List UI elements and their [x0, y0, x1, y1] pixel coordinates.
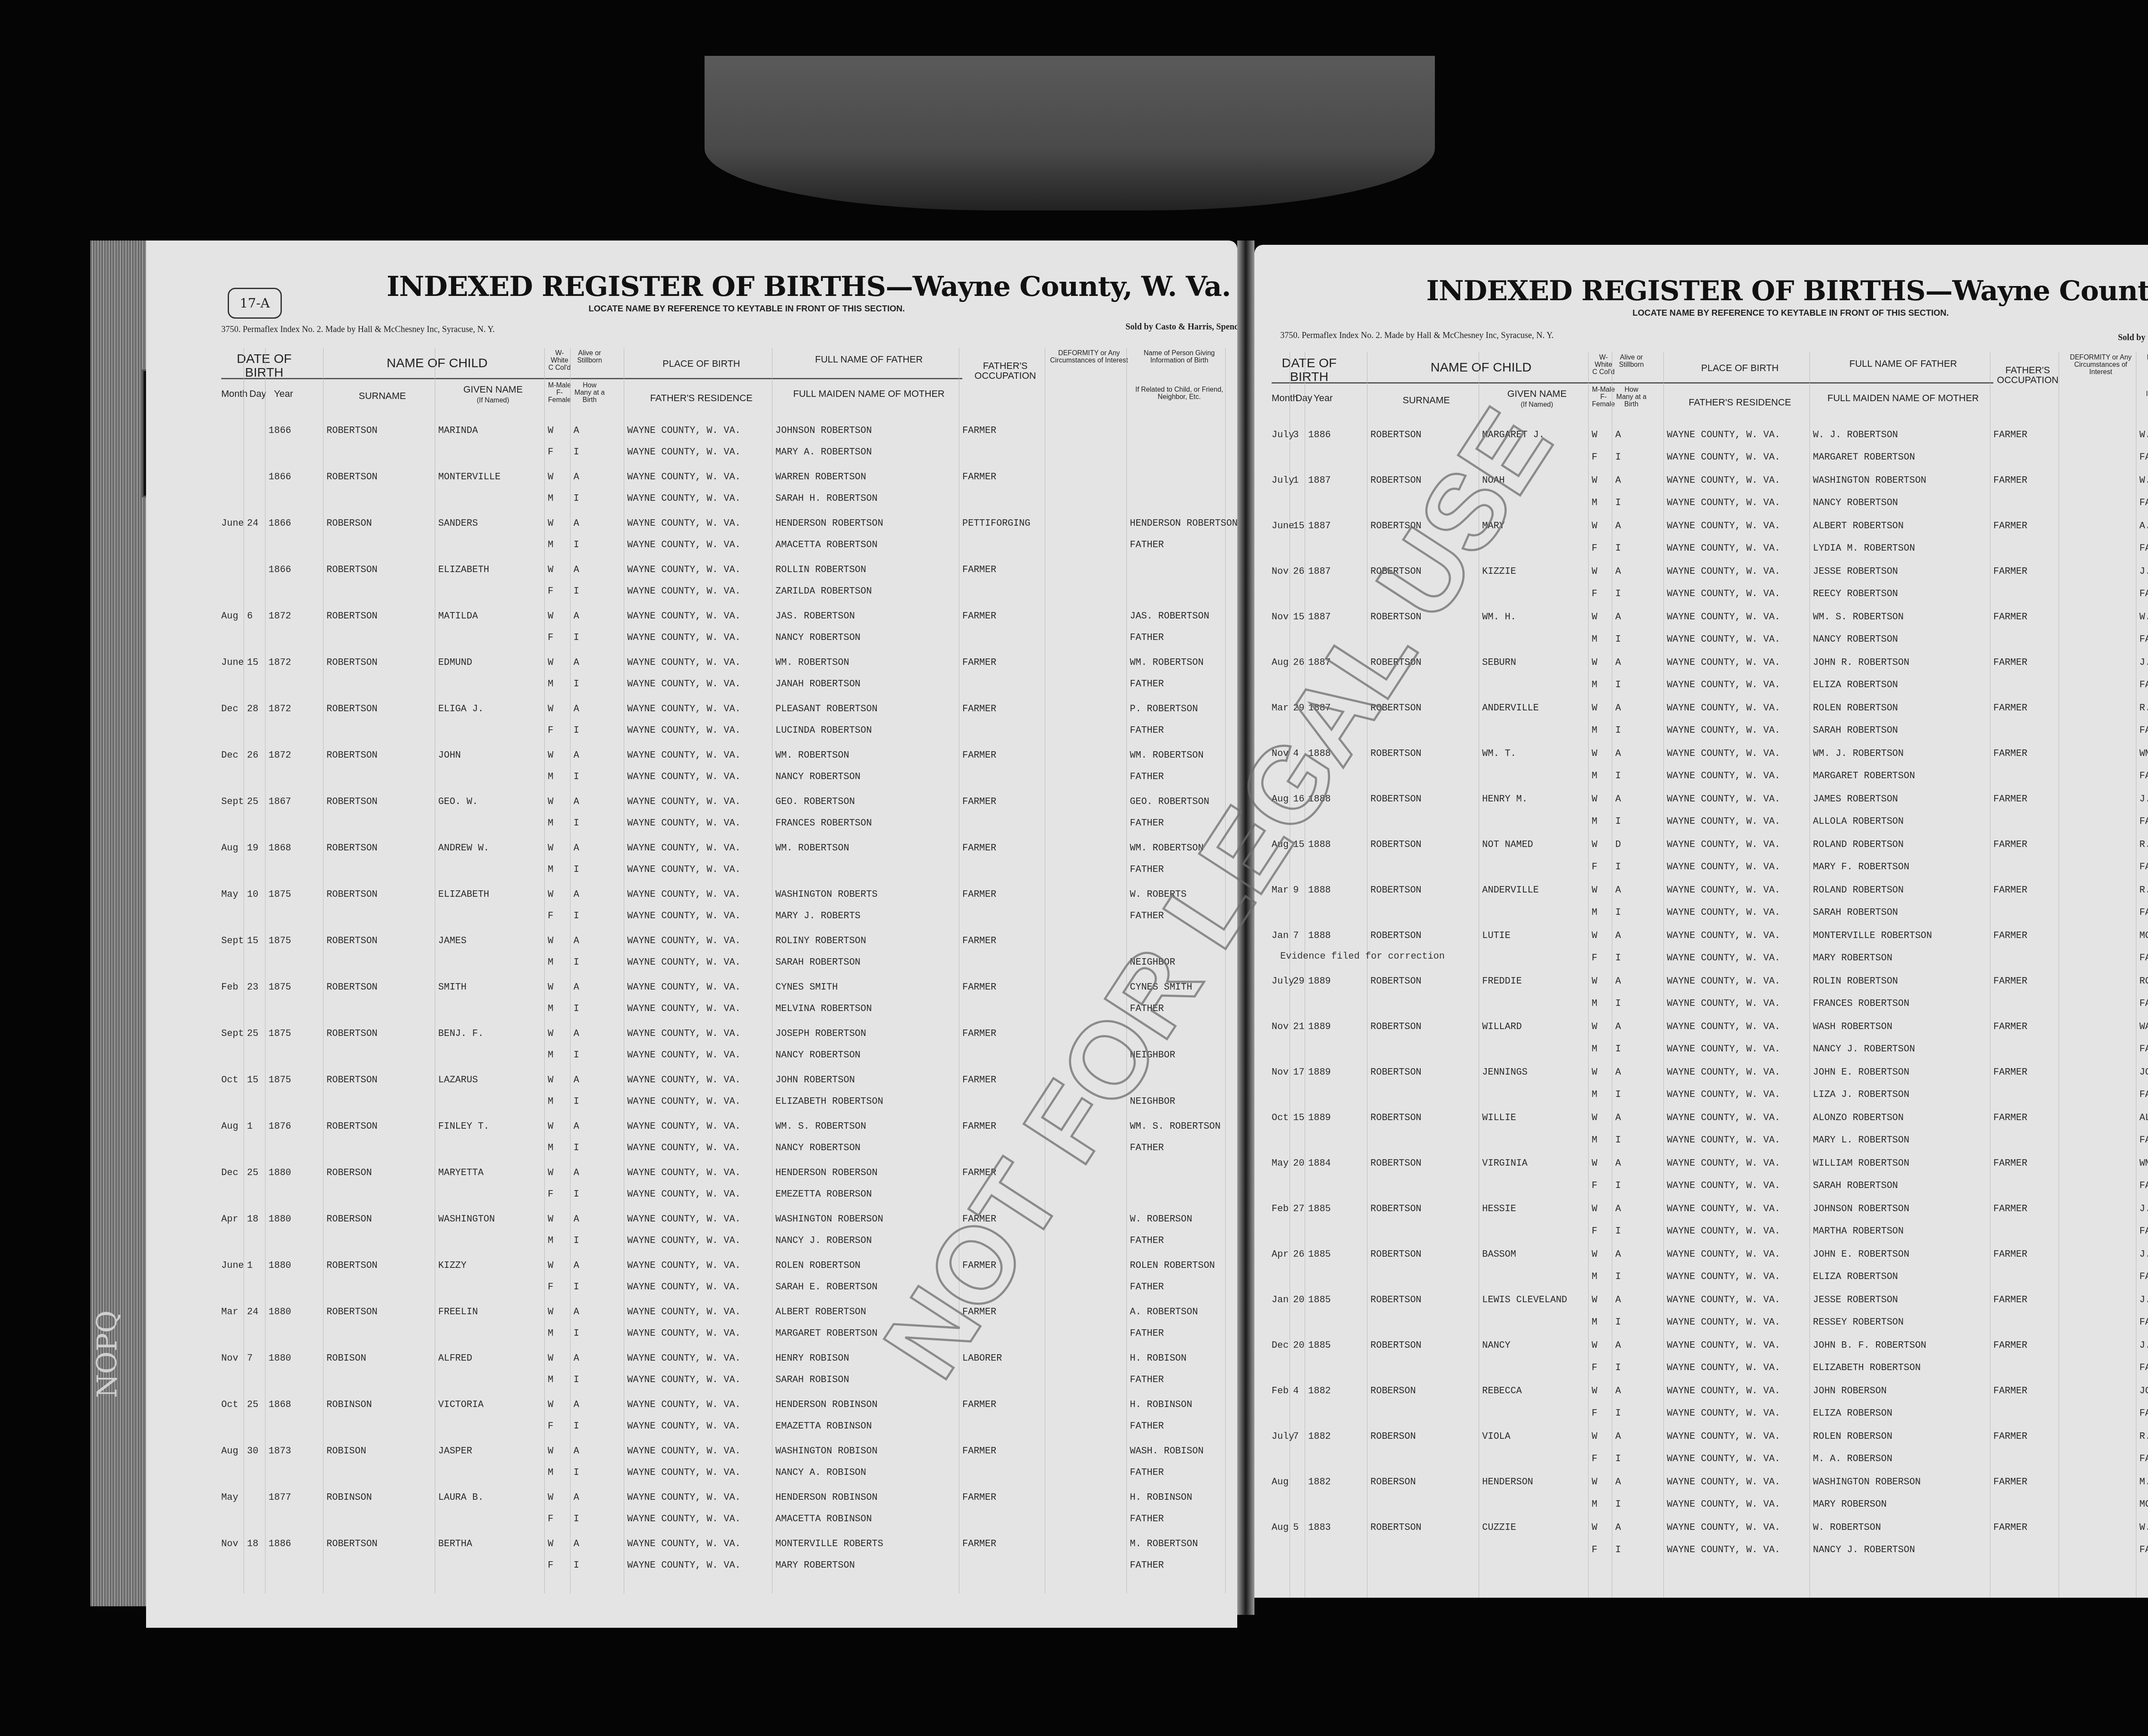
cell-informant: J. ROBERTSON [2139, 1294, 2148, 1305]
cell-father: HENDERSON ROBERSON [775, 1167, 878, 1178]
cell-informant: ROLIN ROBERTSON [2139, 976, 2148, 987]
cell-alive: A [574, 982, 579, 993]
cell-day: 25 [247, 796, 258, 807]
cell-how_many: I [1615, 1544, 1621, 1555]
cell-alive: A [574, 518, 579, 529]
cell-place: WAYNE COUNTY, W. VA. [1667, 521, 1780, 531]
cell-given: SANDERS [438, 518, 478, 529]
column-rule [2136, 352, 2136, 1598]
cell-race: W [548, 1446, 553, 1456]
cell-relation: FATHER [2139, 953, 2148, 963]
how-many-header: How Many at a Birth [1615, 387, 1648, 408]
cell-place: WAYNE COUNTY, W. VA. [627, 796, 741, 807]
cell-surname: ROBERTSON [326, 704, 378, 714]
informant-header: Name of Person Giving Information of Bir… [2139, 354, 2148, 362]
cell-informant: WASH. ROBISON [1130, 1446, 1204, 1456]
cell-month: Nov [1272, 566, 1289, 577]
cell-residence: WAYNE COUNTY, W. VA. [627, 1282, 741, 1292]
cell-relation: FATHER [2139, 452, 2148, 463]
cell-father: PLEASANT ROBERTSON [775, 704, 878, 714]
cell-surname: ROBERTSON [1370, 429, 1422, 440]
page-title: INDEXED REGISTER OF BIRTHS—Wayne County,… [1426, 275, 2148, 307]
cell-alive: A [1615, 703, 1621, 713]
cell-given: ANDERVILLE [1482, 885, 1539, 895]
book-binding [705, 56, 1435, 210]
cell-sex: M [548, 1050, 553, 1060]
locate-note: LOCATE NAME BY REFERENCE TO KEYTABLE IN … [589, 304, 905, 314]
cell-informant: M. ROBERTSON [1130, 1538, 1198, 1549]
cell-informant: WM. ROBERTSON [1130, 750, 1204, 761]
cell-surname: ROBERSON [1370, 1431, 1416, 1442]
column-rule [1612, 352, 1612, 1598]
cell-relation: FATHER [2139, 1180, 2148, 1191]
cell-relation: FATHER [2139, 1408, 2148, 1419]
cell-year: 1873 [268, 1446, 291, 1456]
cell-place: WAYNE COUNTY, W. VA. [627, 1307, 741, 1317]
cell-relation: FATHER [2139, 1453, 2148, 1464]
cell-given: VIRGINIA [1482, 1158, 1528, 1169]
cell-mother: AMACETTA ROBINSON [775, 1514, 872, 1524]
cell-occupation: FARMER [962, 750, 996, 761]
cell-sex: F [548, 1189, 553, 1200]
cell-residence: WAYNE COUNTY, W. VA. [627, 864, 741, 875]
cell-month: Dec [221, 1167, 238, 1178]
cell-surname: ROBERTSON [326, 1121, 378, 1132]
cell-surname: ROBERTSON [326, 472, 378, 482]
cell-relation: FATHER [1130, 1560, 1164, 1571]
cell-residence: WAYNE COUNTY, W. VA. [1667, 907, 1780, 918]
cell-alive: A [574, 1260, 579, 1271]
cell-alive: A [1615, 1386, 1621, 1396]
cell-residence: WAYNE COUNTY, W. VA. [627, 818, 741, 828]
cell-race: W [548, 889, 553, 900]
cell-race: W [548, 843, 553, 853]
cell-father: ROLINY ROBERTSON [775, 935, 866, 946]
sex-header: M-Male F-Female [548, 382, 571, 404]
cell-surname: ROBERTSON [1370, 1112, 1422, 1123]
cell-race: W [1592, 1294, 1597, 1305]
seller: Sold by Casto & Harris, Spencer, W. Va. [2118, 333, 2148, 343]
cell-informant: J. ROBERTSON [2139, 794, 2148, 804]
cell-how_many: I [1615, 1499, 1621, 1510]
cell-race: W [548, 982, 553, 993]
cell-year: 1866 [268, 472, 291, 482]
cell-informant: P. ROBERTSON [1130, 704, 1198, 714]
cell-how_many: I [1615, 1362, 1621, 1373]
cell-relation: FATHER [1130, 539, 1164, 550]
cell-alive: A [574, 1167, 579, 1178]
cell-mother: LUCINDA ROBERTSON [775, 725, 872, 736]
cell-day: 5 [1293, 1522, 1299, 1533]
cell-place: WAYNE COUNTY, W. VA. [1667, 657, 1780, 668]
cell-month: Nov [1272, 1067, 1289, 1078]
seller: Sold by Casto & Harris, Spencer, W. Va. [1126, 322, 1237, 332]
cell-alive: A [1615, 1294, 1621, 1305]
cell-given: JOHN [438, 750, 461, 761]
given-name-header: GIVEN NAME [1482, 389, 1592, 399]
cell-race: W [1592, 1203, 1597, 1214]
cell-place: WAYNE COUNTY, W. VA. [627, 1167, 741, 1178]
cell-occupation: FARMER [962, 704, 996, 714]
cell-mother: ELIZABETH ROBERTSON [1813, 1362, 1921, 1373]
cell-race: W [548, 611, 553, 621]
cell-place: WAYNE COUNTY, W. VA. [627, 611, 741, 621]
cell-how_many: I [574, 1560, 579, 1571]
cell-day: 26 [247, 750, 258, 761]
cell-race: W [1592, 612, 1597, 622]
cell-year: 1887 [1308, 612, 1331, 622]
column-rule [265, 348, 265, 1593]
cell-year: 1887 [1308, 475, 1331, 486]
cell-residence: WAYNE COUNTY, W. VA. [627, 447, 741, 457]
cell-surname: ROBERTSON [326, 843, 378, 853]
cell-how_many: I [1615, 1317, 1621, 1328]
cell-informant: J.B.F. ROBERTSON [2139, 1340, 2148, 1351]
cell-given: VICTORIA [438, 1399, 484, 1410]
cell-mother: M. A. ROBERSON [1813, 1453, 1892, 1464]
cell-day: 26 [1293, 1249, 1304, 1260]
cell-how_many: I [574, 1050, 579, 1060]
cell-informant: J. E. ROBERTSON [2139, 1249, 2148, 1260]
spine-letters: NOPQ [93, 1298, 122, 1410]
cell-alive: A [574, 843, 579, 853]
cell-given: KIZZIE [1482, 566, 1516, 577]
cell-occupation: FARMER [962, 1028, 996, 1039]
cell-occupation: FARMER [962, 425, 996, 436]
cell-surname: ROBERTSON [1370, 1340, 1422, 1351]
cell-informant: WM. J. ROBERTSON [2139, 748, 2148, 759]
cell-alive: A [1615, 1431, 1621, 1442]
cell-occupation: FARMER [1993, 429, 2027, 440]
cell-surname: ROBISON [326, 1446, 366, 1456]
cell-mother: ELIZA ROBERTSON [1813, 1271, 1898, 1282]
cell-informant: W. ROBERTSON [2139, 475, 2148, 486]
cell-alive: A [574, 889, 579, 900]
cell-surname: ROBERSON [1370, 1477, 1416, 1487]
cell-given: GEO. W. [438, 796, 478, 807]
cell-residence: WAYNE COUNTY, W. VA. [627, 539, 741, 550]
cell-alive: A [1615, 1067, 1621, 1078]
cell-informant: ALONZO ROBERTSON [2139, 1112, 2148, 1123]
cell-alive: A [574, 1353, 579, 1364]
cell-relation: FATHER [1130, 725, 1164, 736]
cell-relation: FATHER [2139, 1044, 2148, 1054]
cell-mother: NANCY ROBERTSON [775, 1050, 860, 1060]
cell-relation: FATHER [1130, 864, 1164, 875]
cell-mother: REECY ROBERTSON [1813, 588, 1898, 599]
cell-day: 27 [1293, 1203, 1304, 1214]
cell-occupation: FARMER [962, 1538, 996, 1549]
cell-relation: FATHER [2139, 998, 2148, 1009]
cell-father: JOSEPH ROBERTSON [775, 1028, 866, 1039]
cell-race: W [548, 472, 553, 482]
how-many-header: How Many at a Birth [574, 382, 606, 404]
cell-race: W [1592, 1112, 1597, 1123]
cell-informant: W. S. ROBERTSON [2139, 612, 2148, 622]
cell-mother: MARY ROBERTSON [775, 1560, 855, 1571]
cell-how_many: I [1615, 1135, 1621, 1145]
cell-surname: ROBERTSON [1370, 566, 1422, 577]
cell-place: WAYNE COUNTY, W. VA. [627, 1075, 741, 1085]
cell-mother: NANCY J. ROBERTSON [1813, 1044, 1915, 1054]
cell-alive: A [574, 1399, 579, 1410]
cell-race: W [1592, 475, 1597, 486]
cell-month: July [1272, 429, 1294, 440]
cell-place: WAYNE COUNTY, W. VA. [1667, 885, 1780, 895]
cell-surname: ROBERTSON [326, 1075, 378, 1085]
cell-place: WAYNE COUNTY, W. VA. [627, 935, 741, 946]
cell-day: 20 [1293, 1294, 1304, 1305]
cell-alive: A [1615, 429, 1621, 440]
imprint: 3750. Permaflex Index No. 2. Made by Hal… [221, 325, 495, 335]
cell-sex: M [548, 1096, 553, 1107]
cell-father: MONTERVILLE ROBERTS [775, 1538, 883, 1549]
cell-occupation: FARMER [962, 472, 996, 482]
cell-place: WAYNE COUNTY, W. VA. [627, 704, 741, 714]
cell-sex: M [548, 493, 553, 504]
cell-surname: ROBERTSON [326, 1260, 378, 1271]
column-rule [1045, 348, 1045, 1593]
cell-sex: F [1592, 1453, 1597, 1464]
cell-father: ROLEN ROBERTSON [1813, 703, 1898, 713]
cell-race: W [548, 1492, 553, 1503]
cell-place: WAYNE COUNTY, W. VA. [627, 472, 741, 482]
cell-relation: FATHER [2139, 1271, 2148, 1282]
cell-given: SMITH [438, 982, 467, 993]
cell-informant: JOHN ROBERSON [2139, 1386, 2148, 1396]
cell-father: JESSE ROBERTSON [1813, 566, 1898, 577]
column-rule [1809, 352, 1810, 1598]
cell-surname: ROBERTSON [1370, 703, 1422, 713]
cell-occupation: FARMER [962, 1167, 996, 1178]
cell-alive: A [1615, 1522, 1621, 1533]
cell-relation: FATHER [1130, 818, 1164, 828]
cell-residence: WAYNE COUNTY, W. VA. [1667, 1135, 1780, 1145]
cell-place: WAYNE COUNTY, W. VA. [1667, 1386, 1780, 1396]
cell-relation: FATHER [2139, 1089, 2148, 1100]
cell-occupation: FARMER [1993, 521, 2027, 531]
date-of-birth-header: DATE OF BIRTH [221, 352, 307, 379]
cell-father: HENDERSON ROBINSON [775, 1399, 878, 1410]
cell-residence: WAYNE COUNTY, W. VA. [1667, 679, 1780, 690]
cell-sex: M [1592, 1499, 1597, 1510]
cell-sex: M [1592, 1044, 1597, 1054]
cell-alive: D [1615, 839, 1621, 850]
cell-year: 1886 [1308, 429, 1331, 440]
cell-residence: WAYNE COUNTY, W. VA. [1667, 1089, 1780, 1100]
cell-how_many: I [1615, 907, 1621, 918]
cell-relation: FATHER [1130, 1235, 1164, 1246]
cell-given: WASHINGTON [438, 1214, 495, 1224]
cell-day: 15 [1293, 1112, 1304, 1123]
cell-how_many: I [574, 1282, 579, 1292]
cell-month: Sept [221, 1028, 244, 1039]
cell-race: W [548, 1121, 553, 1132]
column-rule [1479, 352, 1479, 1598]
cell-race: W [1592, 1021, 1597, 1032]
cell-year: 1887 [1308, 521, 1331, 531]
cell-occupation: FARMER [962, 611, 996, 621]
cell-given: HENDERSON [1482, 1477, 1533, 1487]
cell-race: W [548, 1167, 553, 1178]
cell-alive: A [1615, 1021, 1621, 1032]
cell-father: ROLLIN ROBERTSON [775, 564, 866, 575]
cell-sex: M [548, 1467, 553, 1478]
cell-relation: FATHER [1130, 1421, 1164, 1431]
column-rule [1588, 352, 1589, 1598]
cell-year: 1872 [268, 611, 291, 621]
cell-sex: M [548, 1328, 553, 1339]
cell-father: ROLIN ROBERTSON [1813, 976, 1898, 987]
cell-relation: FATHER [2139, 588, 2148, 599]
cell-given: LEWIS CLEVELAND [1482, 1294, 1567, 1305]
cell-residence: WAYNE COUNTY, W. VA. [1667, 1180, 1780, 1191]
cell-month: Aug [1272, 1477, 1289, 1487]
cell-father: ALONZO ROBERTSON [1813, 1112, 1904, 1123]
cell-given: WM. T. [1482, 748, 1516, 759]
occupation-header: FATHER'S OCCUPATION [962, 361, 1048, 381]
cell-month: July [1272, 475, 1294, 486]
cell-place: WAYNE COUNTY, W. VA. [627, 1353, 741, 1364]
cell-race: W [548, 1075, 553, 1085]
cell-month: June [221, 657, 244, 668]
cell-month: Dec [1272, 1340, 1289, 1351]
cell-father: MONTERVILLE ROBERTSON [1813, 930, 1932, 941]
cell-informant: J. R. ROBERTSON [2139, 657, 2148, 668]
surname-header: SURNAME [326, 391, 438, 401]
father-name-header: FULL NAME OF FATHER [1813, 359, 1993, 369]
cell-residence: WAYNE COUNTY, W. VA. [1667, 862, 1780, 872]
cell-place: WAYNE COUNTY, W. VA. [1667, 429, 1780, 440]
cell-place: WAYNE COUNTY, W. VA. [1667, 1340, 1780, 1351]
cell-day: 28 [247, 704, 258, 714]
cell-alive: A [1615, 1158, 1621, 1169]
cell-occupation: FARMER [962, 935, 996, 946]
cell-informant: JOHN E. ROBERTSON [2139, 1067, 2148, 1078]
cell-relation: FATHER [2139, 497, 2148, 508]
cell-day: 7 [247, 1353, 253, 1364]
given-name-sub-header: (If Named) [438, 397, 548, 405]
cell-occupation: FARMER [1993, 566, 2027, 577]
cell-surname: ROBERTSON [326, 657, 378, 668]
cell-father: JOHNSON ROBERTSON [1813, 1203, 1909, 1214]
cell-relation: FATHER [2139, 634, 2148, 645]
cell-sex: M [1592, 816, 1597, 827]
header-divider [1272, 382, 1993, 384]
cell-sex: F [1592, 953, 1597, 963]
cell-surname: ROBERTSON [326, 564, 378, 575]
cell-surname: ROBERTSON [1370, 1249, 1422, 1260]
cell-residence: WAYNE COUNTY, W. VA. [627, 632, 741, 643]
cell-month: Aug [221, 843, 238, 853]
cell-relation: FATHER [2139, 1362, 2148, 1373]
cell-race: W [548, 1307, 553, 1317]
cell-sex: M [1592, 679, 1597, 690]
correction-note: Evidence filed for correction [1280, 951, 1445, 962]
column-rule [2059, 352, 2059, 1598]
cell-sex: M [1592, 998, 1597, 1009]
cell-surname: ROBERTSON [1370, 612, 1422, 622]
cell-relation: FATHER [1130, 632, 1164, 643]
cell-day: 24 [247, 518, 258, 529]
cell-race: W [548, 1538, 553, 1549]
cell-sex: M [548, 771, 553, 782]
cell-how_many: I [574, 632, 579, 643]
cell-alive: A [574, 472, 579, 482]
cell-year: 1880 [268, 1307, 291, 1317]
cell-how_many: I [574, 1374, 579, 1385]
cell-how_many: I [574, 1467, 579, 1478]
cell-how_many: I [574, 771, 579, 782]
cell-informant: WM. ROBERTSON [1130, 657, 1204, 668]
cell-race: W [548, 425, 553, 436]
cell-relation: FATHER [1130, 1282, 1164, 1292]
column-rule [1367, 352, 1367, 1598]
cell-day: 26 [1293, 566, 1304, 577]
cell-informant: WM. ROBERTSON [2139, 1158, 2148, 1169]
cell-sex: M [548, 1235, 553, 1246]
cell-how_many: I [1615, 953, 1621, 963]
cell-how_many: I [1615, 679, 1621, 690]
cell-race: W [1592, 657, 1597, 668]
cell-informant: W. ROBERTS [1130, 889, 1187, 900]
cell-mother: MARY J. ROBERTS [775, 911, 860, 921]
cell-mother: FRANCES ROBERTSON [1813, 998, 1909, 1009]
page-title: INDEXED REGISTER OF BIRTHS—Wayne County,… [387, 271, 1231, 303]
cell-mother: NANCY J. ROBERSON [775, 1235, 872, 1246]
cell-how_many: I [1615, 816, 1621, 827]
cell-mother: SARAH E. ROBERTSON [775, 1282, 878, 1292]
cell-day: 1 [247, 1260, 253, 1271]
cell-year: 1884 [1308, 1158, 1331, 1169]
cell-year: 1888 [1308, 748, 1331, 759]
cell-sex: F [548, 725, 553, 736]
cell-place: WAYNE COUNTY, W. VA. [1667, 1431, 1780, 1442]
alive-header: Alive or Stillborn [574, 350, 606, 365]
cell-given: LAZARUS [438, 1075, 478, 1085]
cell-occupation: FARMER [962, 843, 996, 853]
cell-how_many: I [574, 539, 579, 550]
cell-day: 7 [1293, 1431, 1299, 1442]
cell-mother: SARAH ROBISON [775, 1374, 849, 1385]
cell-surname: ROBERTSON [1370, 1158, 1422, 1169]
cell-informant: A. ROBERTSON [1130, 1307, 1198, 1317]
cell-alive: A [1615, 885, 1621, 895]
imprint: 3750. Permaflex Index No. 2. Made by Hal… [1280, 331, 1554, 341]
cell-given: BERTHA [438, 1538, 472, 1549]
column-rule [435, 348, 435, 1593]
cell-alive: A [1615, 794, 1621, 804]
cell-father: HENDERSON ROBERTSON [775, 518, 883, 529]
cell-residence: WAYNE COUNTY, W. VA. [627, 1003, 741, 1014]
cell-race: W [1592, 1158, 1597, 1169]
cell-occupation: FARMER [1993, 1340, 2027, 1351]
cell-occupation: FARMER [1993, 794, 2027, 804]
cell-race: W [1592, 839, 1597, 850]
name-of-child-header: NAME OF CHILD [1370, 361, 1592, 375]
cell-how_many: I [574, 447, 579, 457]
cell-how_many: I [1615, 1226, 1621, 1237]
cell-year: 1866 [268, 564, 291, 575]
cell-informant: W. ROBERTSON [2139, 1522, 2148, 1533]
cell-surname: ROBERTSON [1370, 1522, 1422, 1533]
cell-year: 1885 [1308, 1294, 1331, 1305]
cell-informant: A. ROBERTSON [2139, 521, 2148, 531]
cell-day: 3 [1293, 429, 1299, 440]
cell-father: ROLEN ROBERTSON [775, 1260, 860, 1271]
cell-mother: SARAH ROBERTSON [775, 957, 860, 968]
cell-relation: FATHER [2139, 816, 2148, 827]
